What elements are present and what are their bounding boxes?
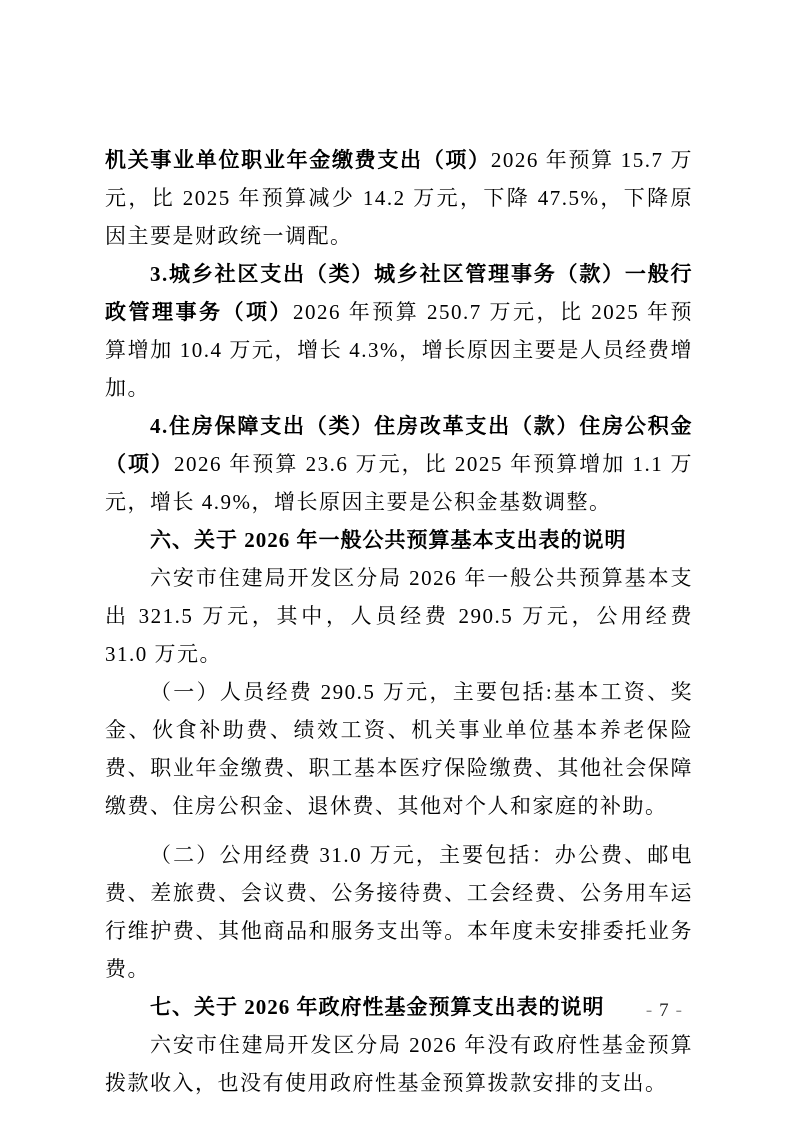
body-paragraph: 六安市住建局开发区分局 2026 年一般公共预算基本支出 321.5 万元，其中… — [105, 559, 693, 673]
section-heading: 六、关于 2026 年一般公共预算基本支出表的说明 — [105, 521, 693, 559]
body-paragraph: 机关事业单位职业年金缴费支出（项）2026 年预算 15.7 万元，比 2025… — [105, 141, 693, 255]
body-paragraph: （二）公用经费 31.0 万元，主要包括：办公费、邮电费、差旅费、会议费、公务接… — [105, 836, 693, 988]
paragraph-text: 2026 年预算 23.6 万元，比 2025 年预算增加 1.1 万元，增长 … — [105, 452, 693, 514]
body-paragraph: 六安市住建局开发区分局 2026 年没有政府性基金预算拨款收入，也没有使用政府性… — [105, 1026, 693, 1102]
document-content: 机关事业单位职业年金缴费支出（项）2026 年预算 15.7 万元，比 2025… — [105, 141, 693, 1102]
paragraph-text: （二）公用经费 31.0 万元，主要包括：办公费、邮电费、差旅费、会议费、公务接… — [105, 843, 693, 981]
paragraph-text: 七、关于 2026 年政府性基金预算支出表的说明 — [150, 995, 605, 1019]
paragraph-text: 六安市住建局开发区分局 2026 年没有政府性基金预算拨款收入，也没有使用政府性… — [105, 1033, 693, 1095]
body-paragraph: 4.住房保障支出（类）住房改革支出（款）住房公积金（项）2026 年预算 23.… — [105, 407, 693, 521]
body-paragraph: 3.城乡社区支出（类）城乡社区管理事务（款）一般行政管理事务（项）2026 年预… — [105, 255, 693, 407]
document-page: 机关事业单位职业年金缴费支出（项）2026 年预算 15.7 万元，比 2025… — [0, 0, 793, 1122]
paragraph-text: （一）人员经费 290.5 万元，主要包括:基本工资、奖金、伙食补助费、绩效工资… — [105, 680, 693, 818]
page-number-dash-left: - — [646, 1000, 652, 1021]
body-paragraph: （一）人员经费 290.5 万元，主要包括:基本工资、奖金、伙食补助费、绩效工资… — [105, 673, 693, 825]
page-number-value: 7 — [659, 1000, 669, 1021]
paragraph-bold-lead: 机关事业单位职业年金缴费支出（项） — [105, 148, 491, 172]
paragraph-text: 六安市住建局开发区分局 2026 年一般公共预算基本支出 321.5 万元，其中… — [105, 566, 693, 666]
page-number-dash-right: - — [676, 1000, 682, 1021]
page-number: -7- — [639, 999, 689, 1023]
paragraph-text: 六、关于 2026 年一般公共预算基本支出表的说明 — [150, 528, 627, 552]
section-heading: 七、关于 2026 年政府性基金预算支出表的说明 — [105, 988, 693, 1026]
